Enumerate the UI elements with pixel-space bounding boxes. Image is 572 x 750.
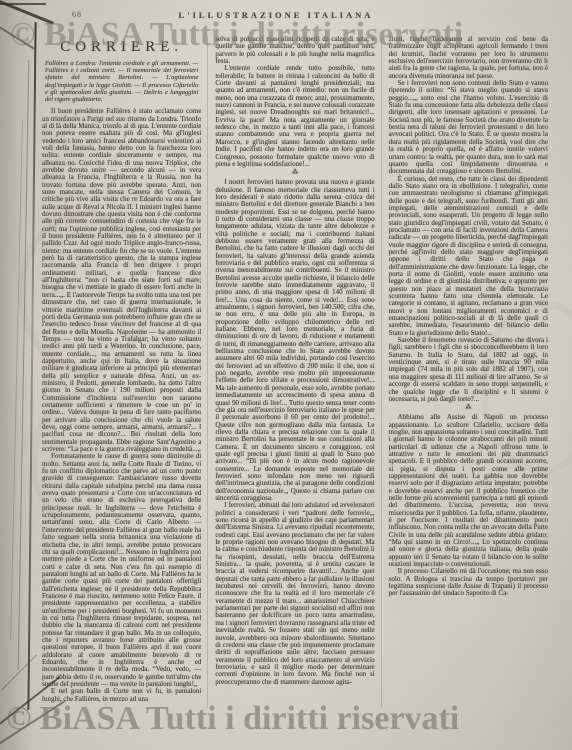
section-separator: ⁂: [215, 170, 374, 177]
paragraph: selva di polpacci mascolini ricoperti da…: [215, 36, 374, 65]
paragraph: I nostri ferrovieri hanno provata una nu…: [215, 179, 374, 502]
column-2: selva di polpacci mascolini ricoperti da…: [207, 36, 374, 708]
article-columns: CORRIERE.Fallières a Londra: l'entente c…: [42, 36, 548, 708]
paragraph: Il buon presidente Fallières è stato acc…: [42, 108, 201, 453]
paragraph: E nel gran ballo di Corte non vi fu, in …: [42, 688, 201, 703]
paragraph: L'entente cordiale rende tutto possibile…: [215, 65, 374, 168]
paragraph: zioni, finché baderanno al servizio così…: [389, 36, 548, 80]
article-title: CORRIERE.: [42, 39, 201, 56]
paragraph: Sarebbe il fenomeno rovescio di Saturno …: [389, 337, 548, 403]
article-summary: Fallières a Londra: l'entente cordiale e…: [45, 60, 198, 103]
paragraph: È curioso, del resto, che tutte le class…: [389, 176, 548, 338]
paragraph: I ferrovieri, abituati dai loro adulator…: [215, 502, 374, 686]
paragraph: Fortunatamente le cause di guerra sono d…: [42, 453, 201, 688]
journal-running-title: L'ILLUSTRAZIONE ITALIANA: [20, 10, 532, 20]
section-separator: ⁂: [389, 405, 548, 412]
scanned-magazine-page: 68 L'ILLUSTRAZIONE ITALIANA CORRIERE.Fal…: [0, 0, 572, 750]
column-3: zioni, finché baderanno al servizio così…: [381, 36, 548, 708]
paragraph: Il processo Cifariello mi dà l'occasione…: [389, 568, 548, 597]
paragraph: Se i ferrovieri non sono contenti dello …: [389, 80, 548, 175]
paragraph: Abbiamo alle Assise di Napoli un process…: [389, 414, 548, 568]
column-1: CORRIERE.Fallières a Londra: l'entente c…: [42, 36, 201, 708]
